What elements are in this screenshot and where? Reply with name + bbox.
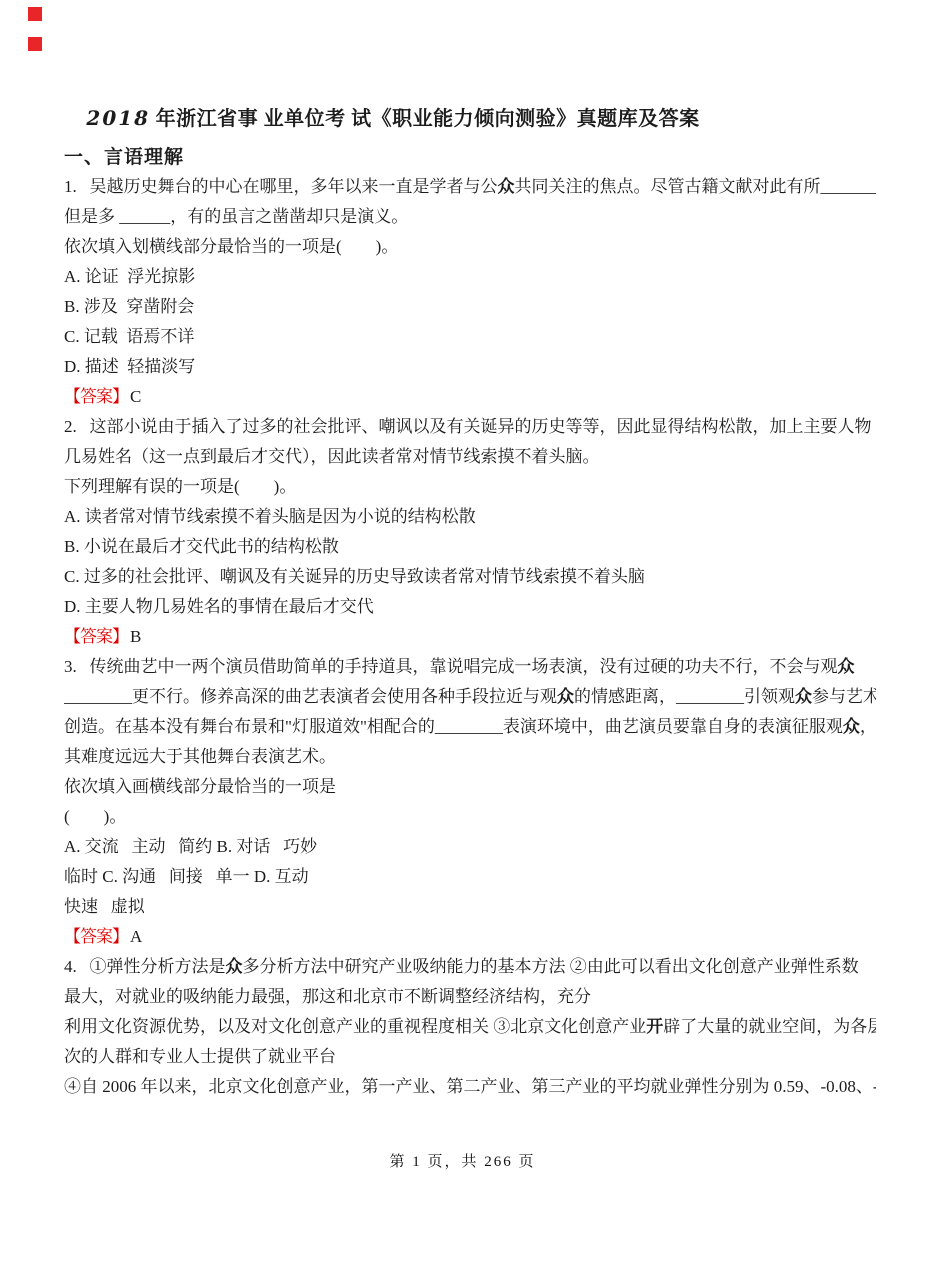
- text-line: 次的人群和专业人士提供了就业平台: [64, 1042, 876, 1072]
- answer-letter: A: [128, 927, 142, 946]
- text-line: ________更不行。修养高深的曲艺表演者会使用各种手段拉近与观众的情感距离，…: [64, 682, 876, 712]
- text-line: 1. 吴越历史舞台的中心在哪里，多年以来一直是学者与公众共同关注的焦点。尽管古籍…: [64, 172, 876, 202]
- answer-letter: B: [128, 627, 141, 646]
- text-line: D. 主要人物几易姓名的事情在最后才交代: [64, 592, 876, 622]
- text-line: 几易姓名（这一点到最后才交代），因此读者常对情节线索摸不着头脑。: [64, 442, 876, 472]
- text-line: A. 交流 主动 简约 B. 对话 巧妙: [64, 832, 876, 862]
- text-line: 依次填入画横线部分最恰当的一项是: [64, 772, 876, 802]
- broken-image-icon: [28, 37, 42, 51]
- text-line: C. 过多的社会批评、嘲讽及有关诞异的历史导致读者常对情节线索摸不着头脑: [64, 562, 876, 592]
- text-line: A. 读者常对情节线索摸不着头脑是因为小说的结构松散: [64, 502, 876, 532]
- text-line: 4. ①弹性分析方法是众多分析方法中研究产业吸纳能力的基本方法 ②由此可以看出文…: [64, 952, 876, 982]
- text-line: C. 记载 语焉不详: [64, 322, 876, 352]
- answer-line: 【答案】A: [64, 922, 876, 952]
- page-footer: 第 1 页，共 266 页: [0, 1150, 925, 1171]
- document-page: 2018 年浙江省事 业单位考 试《职业能力倾向测验》真题库及答案 一、言语理解…: [0, 0, 925, 1280]
- text-line: 依次填入划横线部分最恰当的一项是( )。: [64, 232, 876, 262]
- text-line: 下列理解有误的一项是( )。: [64, 472, 876, 502]
- text-line: 快速 虚拟: [64, 892, 876, 922]
- text-line: B. 小说在最后才交代此书的结构松散: [64, 532, 876, 562]
- text-line: 最大，对就业的吸纳能力最强，那这和北京市不断调整经济结构，充分: [64, 982, 876, 1012]
- answer-label: 【答案】: [64, 387, 128, 406]
- title-text: 年浙江省事 业单位考 试《职业能力倾向测验》真题库及答案: [150, 108, 700, 130]
- answer-line: 【答案】B: [64, 622, 876, 652]
- text-line: ( )。: [64, 802, 876, 832]
- document-body: 1. 吴越历史舞台的中心在哪里，多年以来一直是学者与公众共同关注的焦点。尽管古籍…: [64, 172, 876, 1102]
- answer-label: 【答案】: [64, 927, 128, 946]
- page-number-text: 第 1 页，共 266 页: [389, 1154, 535, 1170]
- title-year: 2018: [86, 106, 150, 130]
- text-line: 利用文化资源优势，以及对文化创意产业的重视程度相关 ③北京文化创意产业开辟了大量…: [64, 1012, 876, 1042]
- text-line: 其难度远远大于其他舞台表演艺术。: [64, 742, 876, 772]
- text-line: 创造。在基本没有舞台布景和"灯服道效"相配合的________表演环境中，曲艺演…: [64, 712, 876, 742]
- text-line: 但是多 ______，有的虽言之凿凿却只是演义。: [64, 202, 876, 232]
- answer-line: 【答案】C: [64, 382, 876, 412]
- text-line: 临时 C. 沟通 间接 单一 D. 互动: [64, 862, 876, 892]
- text-line: D. 描述 轻描淡写: [64, 352, 876, 382]
- document-title: 2018 年浙江省事 业单位考 试《职业能力倾向测验》真题库及答案: [64, 102, 872, 131]
- text-line: 3. 传统曲艺中一两个演员借助简单的手持道具，靠说唱完成一场表演，没有过硬的功夫…: [64, 652, 876, 682]
- section-heading: 一、言语理解: [64, 142, 184, 169]
- text-line: B. 涉及 穿凿附会: [64, 292, 876, 322]
- answer-label: 【答案】: [64, 627, 128, 646]
- text-line: ④自 2006 年以来，北京文化创意产业，第一产业、第二产业、第三产业的平均就业…: [64, 1072, 876, 1102]
- text-line: A. 论证 浮光掠影: [64, 262, 876, 292]
- answer-letter: C: [128, 387, 141, 406]
- broken-image-icon: [28, 7, 42, 21]
- text-line: 2. 这部小说由于插入了过多的社会批评、嘲讽以及有关诞异的历史等等，因此显得结构…: [64, 412, 876, 442]
